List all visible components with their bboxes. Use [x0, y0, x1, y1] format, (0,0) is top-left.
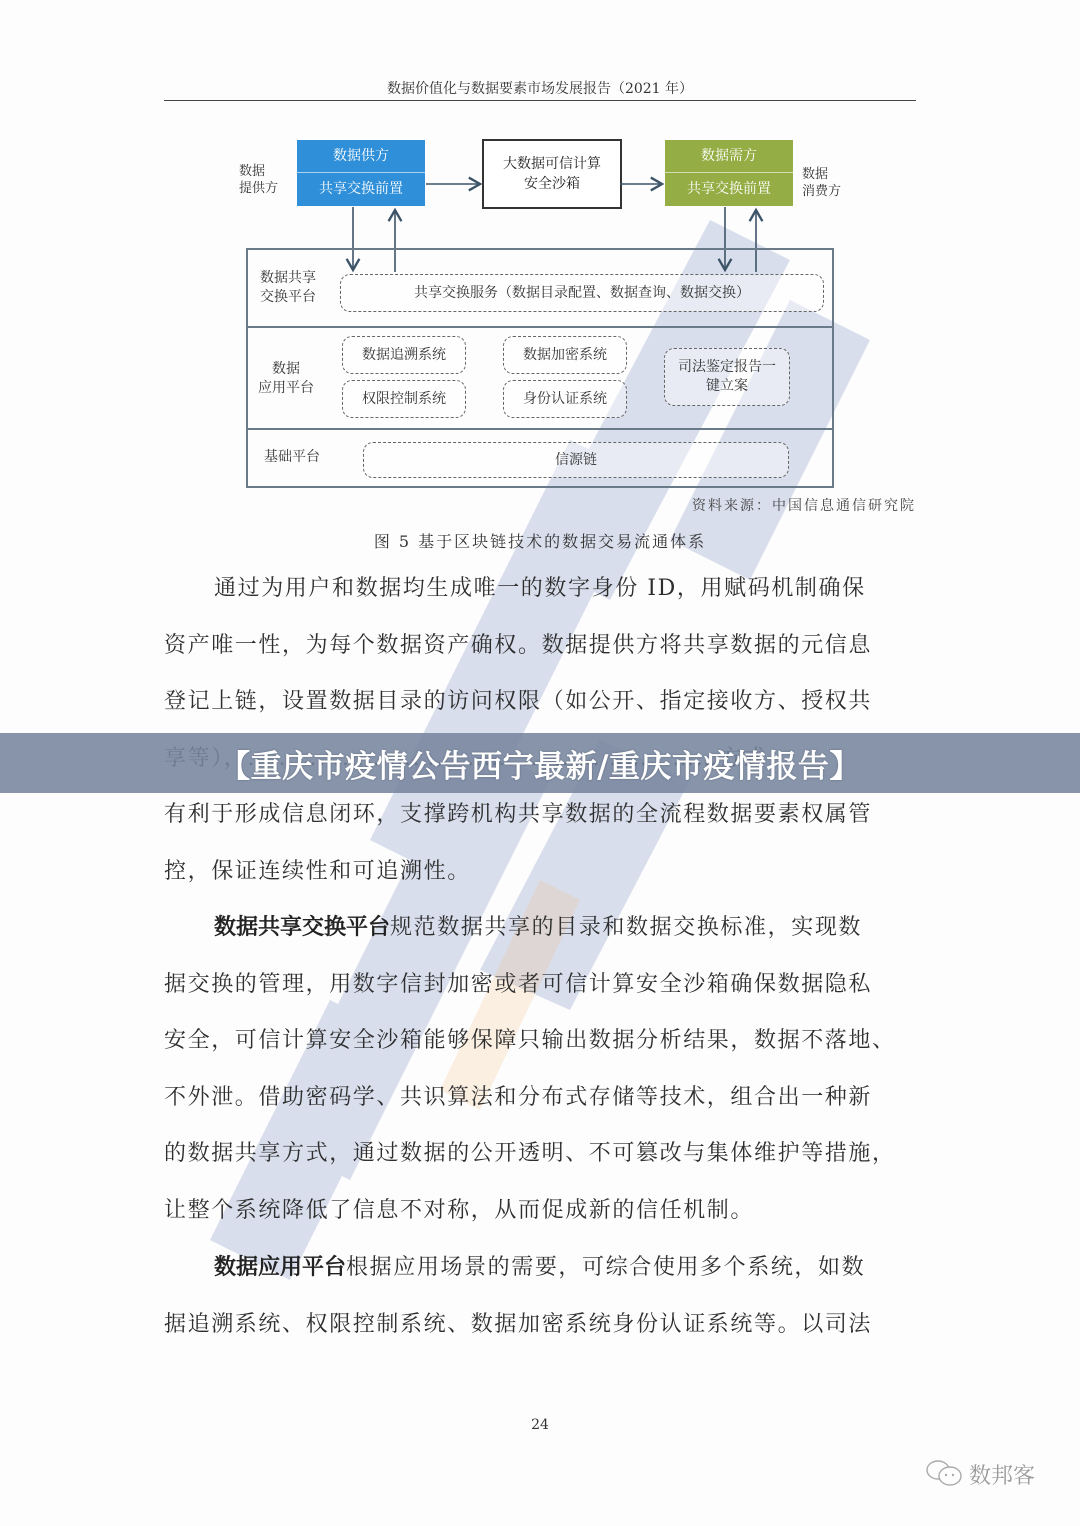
text-line: 的数据共享方式，通过数据的公开透明、不可篡改与集体维护等措施，	[164, 1126, 920, 1183]
text-line: 通过为用户和数据均生成唯一的数字身份 ID，用赋码机制确保	[164, 561, 920, 618]
identity-auth-system-box: 身份认证系统	[503, 380, 627, 418]
source-chain-box: 信源链	[363, 442, 789, 478]
bold-lead: 数据共享交换平台	[214, 915, 390, 940]
platform-frame: 数据共享 交换平台 共享交换服务（数据目录配置、数据查询、数据交换） 数据 应用…	[246, 248, 834, 488]
text-run: 根据应用场景的需要，可综合使用多个系统，如数	[346, 1255, 865, 1280]
page-number: 24	[0, 1417, 1080, 1433]
layer-sharing-exchange: 数据共享 交换平台 共享交换服务（数据目录配置、数据查询、数据交换）	[248, 250, 832, 326]
text-line: 据交换的管理，用数字信封加密或者可信计算安全沙箱确保数据隐私	[164, 957, 920, 1014]
text-line: 据追溯系统、权限控制系统、数据加密系统身份认证系统等。以司法	[164, 1297, 920, 1354]
text-line: 数据共享交换平台规范数据共享的目录和数据交换标准，实现数	[164, 900, 920, 957]
title-banner: 【重庆市疫情公告西宁最新/重庆市疫情报告】	[0, 733, 1080, 793]
figure-diagram: 数据 提供方 数据 消费方 数据供方 共享交换前置 大数据可信计算 安全沙箱 数…	[0, 0, 1080, 560]
paragraph-2: 数据共享交换平台规范数据共享的目录和数据交换标准，实现数 据交换的管理，用数字信…	[164, 900, 920, 1239]
layer-label-line: 数据	[258, 360, 314, 379]
paragraph-3: 数据应用平台根据应用场景的需要，可综合使用多个系统，如数 据追溯系统、权限控制系…	[164, 1240, 920, 1353]
traceability-system-box: 数据追溯系统	[342, 336, 466, 374]
text-line: 控，保证连续性和可追溯性。	[164, 844, 920, 901]
layer-label: 基础平台	[264, 448, 320, 467]
text-line: 资产唯一性，为每个数据资产确权。数据提供方将共享数据的元信息	[164, 618, 920, 675]
text-line: 有利于形成信息闭环，支撑跨机构共享数据的全流程数据要素权属管	[164, 787, 920, 844]
bold-lead: 数据应用平台	[214, 1255, 346, 1280]
text-line: 数据应用平台根据应用场景的需要，可综合使用多个系统，如数	[164, 1240, 920, 1297]
figure-source: 资料来源：中国信息通信研究院	[692, 495, 916, 515]
layer-application: 数据 应用平台 数据追溯系统 权限控制系统 数据加密系统 身份认证系统 司法鉴定…	[248, 326, 832, 428]
text-line: 让整个系统降低了信息不对称，从而促成新的信任机制。	[164, 1183, 920, 1240]
text-line: 安全，可信计算安全沙箱能够保障只输出数据分析结果，数据不落地、	[164, 1013, 920, 1070]
text-line: 不外泄。借助密码学、共识算法和分布式存储等技术，组合出一种新	[164, 1070, 920, 1127]
figure-caption: 图 5 基于区块链技术的数据交易流通体系	[0, 529, 1080, 552]
paragraph-1: 通过为用户和数据均生成唯一的数字身份 ID，用赋码机制确保 资产唯一性，为每个数…	[164, 561, 920, 900]
layer-label-line: 数据共享	[260, 269, 316, 288]
encryption-system-box: 数据加密系统	[503, 336, 627, 374]
text-line: 登记上链，设置数据目录的访问权限（如公开、指定接收方、授权共	[164, 674, 920, 731]
layer-label-line: 交换平台	[260, 288, 316, 307]
access-control-system-box: 权限控制系统	[342, 380, 466, 418]
judicial-report-box: 司法鉴定报告一键立案	[664, 348, 790, 406]
layer-label: 数据共享 交换平台	[260, 269, 316, 307]
layer-foundation: 基础平台 信源链	[248, 428, 832, 486]
wechat-account-mark: 数邦客	[925, 1458, 1035, 1490]
wechat-account-name: 数邦客	[969, 1459, 1035, 1490]
layer-label-line: 应用平台	[258, 379, 314, 398]
sharing-service-box: 共享交换服务（数据目录配置、数据查询、数据交换）	[340, 274, 824, 312]
text-run: 规范数据共享的目录和数据交换标准，实现数	[390, 915, 862, 940]
banner-title: 【重庆市疫情公告西宁最新/重庆市疫情报告】	[219, 741, 861, 786]
layer-label: 数据 应用平台	[258, 360, 314, 398]
wechat-icon	[925, 1458, 965, 1490]
